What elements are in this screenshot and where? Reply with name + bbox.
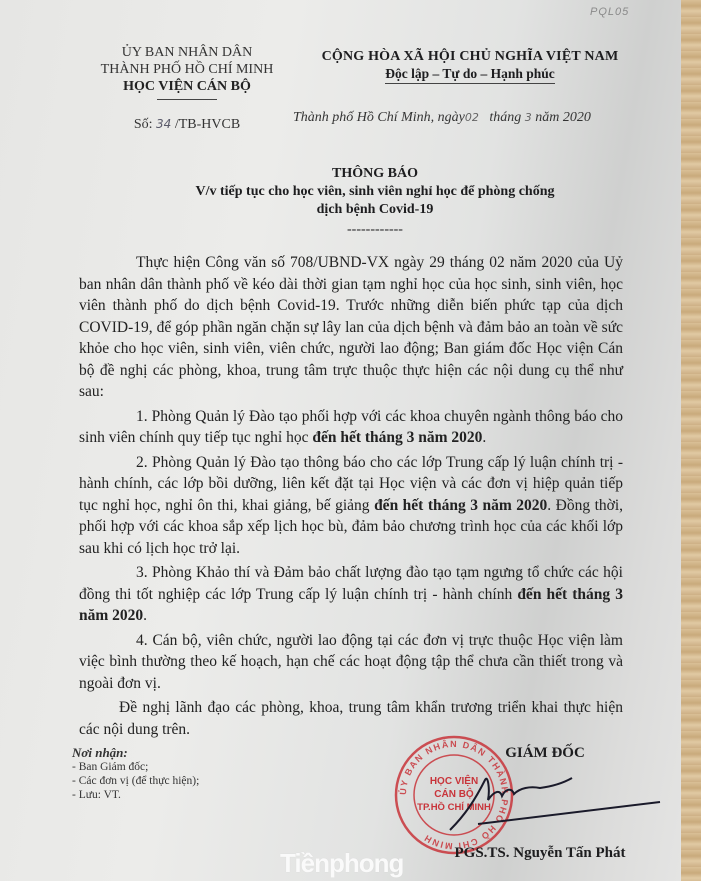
- item-1: 1. Phòng Quản lý Đào tạo phối hợp với cá…: [79, 406, 623, 449]
- closing-paragraph: Đề nghị lãnh đạo các phòng, khoa, trung …: [79, 697, 623, 740]
- item-4: 4. Cán bộ, viên chức, người lao động tại…: [79, 630, 623, 695]
- recipients-heading: Nơi nhận:: [72, 746, 199, 760]
- nation-name: CỘNG HÒA XÃ HỘI CHỦ NGHĨA VIỆT NAM: [300, 48, 640, 65]
- title-separator: ------------: [100, 221, 650, 239]
- date-day: 02: [465, 111, 479, 124]
- notice-title: THÔNG BÁO V/v tiếp tục cho học viên, sin…: [100, 165, 650, 239]
- doc-no-handwritten: 34: [156, 117, 171, 131]
- date-month-label: tháng: [489, 110, 521, 125]
- notice-subject-1: V/v tiếp tục cho học viên, sinh viên ngh…: [100, 183, 650, 201]
- notice-body: Thực hiện Công văn số 708/UBND-VX ngày 2…: [79, 252, 623, 740]
- intro-paragraph: Thực hiện Công văn số 708/UBND-VX ngày 2…: [79, 252, 623, 403]
- recipients-block: Nơi nhận: - Ban Giám đốc; - Các đơn vị (…: [72, 746, 199, 802]
- date-month: 3: [525, 111, 532, 124]
- doc-no-label: Số:: [134, 117, 153, 132]
- org-line-3: HỌC VIỆN CÁN BỘ: [72, 78, 302, 95]
- org-line-2: THÀNH PHỐ HỒ CHÍ MINH: [72, 61, 302, 78]
- national-heading: CỘNG HÒA XÃ HỘI CHỦ NGHĨA VIỆT NAM Độc l…: [300, 48, 640, 84]
- wooden-desk-edge: [681, 0, 701, 881]
- handwritten-signature-icon: [440, 760, 680, 840]
- issuing-organization: ỦY BAN NHÂN DÂN THÀNH PHỐ HỒ CHÍ MINH HỌ…: [72, 44, 302, 133]
- org-underline: [157, 99, 217, 100]
- recipient-item: - Ban Giám đốc;: [72, 760, 199, 774]
- document-number: Số: 34 /TB-HVCB: [72, 116, 302, 133]
- recipient-item: - Các đơn vị (để thực hiện);: [72, 774, 199, 788]
- national-motto: Độc lập – Tự do – Hạnh phúc: [385, 65, 555, 84]
- handwritten-note: PQL05: [590, 6, 629, 18]
- notice-subject-2: dịch bệnh Covid-19: [100, 201, 650, 219]
- notice-heading: THÔNG BÁO: [100, 165, 650, 183]
- date-line: Thành phố Hồ Chí Minh, ngày02 tháng 3 nă…: [293, 110, 591, 126]
- recipient-item: - Lưu: VT.: [72, 788, 199, 802]
- item-3: 3. Phòng Khảo thí và Đảm bảo chất lượng …: [79, 562, 623, 627]
- org-line-1: ỦY BAN NHÂN DÂN: [72, 44, 302, 61]
- date-year: năm 2020: [535, 110, 591, 125]
- signer-name: PGS.TS. Nguyễn Tấn Phát: [410, 845, 670, 862]
- doc-no-suffix: /TB-HVCB: [175, 117, 240, 132]
- item-2: 2. Phòng Quản lý Đào tạo thông báo cho c…: [79, 452, 623, 560]
- date-prefix: Thành phố Hồ Chí Minh, ngày: [293, 110, 465, 125]
- tienphong-watermark: Tiềnphong: [280, 848, 403, 879]
